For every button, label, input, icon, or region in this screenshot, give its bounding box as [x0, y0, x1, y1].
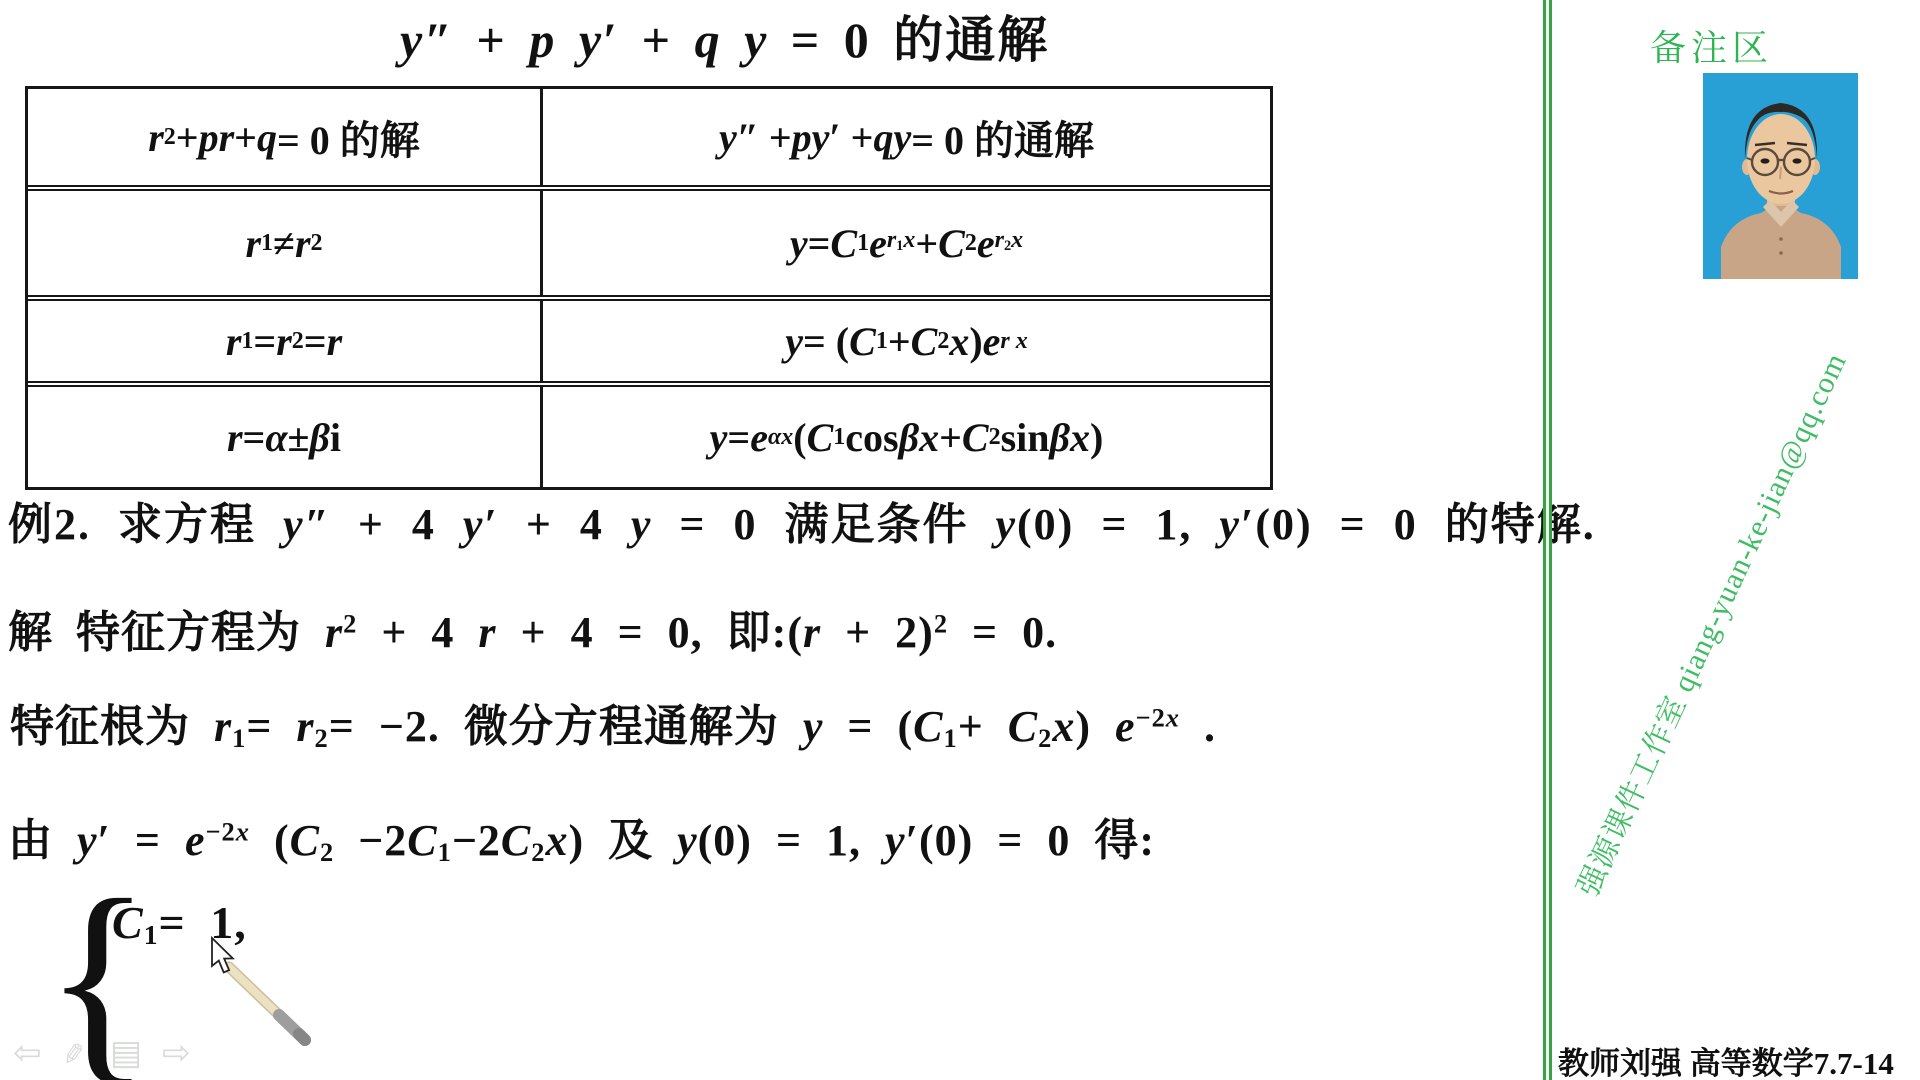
roots-step-line: 特征根为 r1= r2= −2. 微分方程通解为 y = (C1+ C2x) e… — [10, 690, 1216, 754]
table-row: r1 = r2 = r y = (C1+ C2x) er x — [28, 295, 1270, 381]
table-row: r1 ≠ r2 y = C1er1x + C2er2x — [28, 185, 1270, 295]
sidebar-divider-line — [1543, 0, 1552, 1080]
table-cell-condition-2: r1 = r2 = r — [28, 301, 540, 381]
table-cell-condition-1: r1 ≠ r2 — [28, 191, 540, 295]
table-cell-condition-3: r = α ± β i — [28, 387, 540, 487]
eye-right — [1793, 158, 1802, 163]
studio-watermark: 强源课件工作室 qiang-yuan-ke-jian@qq.com — [1563, 344, 1855, 902]
table-header-characteristic: r2 + p r + q = 0 的解 — [28, 89, 540, 185]
slide-canvas: y″ + p y′ + q y = 0 的通解 r2 + p r + q = 0… — [0, 0, 1920, 1080]
slideshow-menu-button[interactable]: ▤ — [110, 1036, 142, 1070]
derivative-step-line: 由 y′ = e−2x (C2 −2C1−2C2x) 及 y(0) = 1, y… — [8, 804, 1155, 868]
table-header-row: r2 + p r + q = 0 的解 y″ + p y′ + q y = 0 … — [28, 89, 1270, 185]
table-header-general-solution: y″ + p y′ + q y = 0 的通解 — [540, 89, 1270, 185]
course-footer-label: 教师刘强 高等数学7.7-14 — [1558, 1038, 1894, 1080]
slide-title: y″ + p y′ + q y = 0 的通解 — [400, 0, 1049, 72]
nose — [1780, 167, 1781, 179]
solution-step-line: 解 特征方程为 r2 + 4 r + 4 = 0, 即:(r + 2)2 = 0… — [8, 596, 1057, 660]
stick-body — [229, 967, 279, 1015]
stick-end-cap — [299, 1034, 305, 1040]
slideshow-back-button[interactable]: ⇦ — [13, 1036, 42, 1070]
pointer-stick-and-cursor — [198, 936, 326, 1068]
slideshow-forward-button[interactable]: ⇨ — [162, 1036, 191, 1070]
teacher-photo — [1703, 73, 1858, 279]
table-cell-solution-2: y = (C1+ C2x) er x — [540, 301, 1270, 381]
notes-area-label: 备注区 — [1650, 20, 1773, 71]
table-cell-solution-3: y = eαx (C1cosβx + C2sinβx) — [540, 387, 1270, 487]
table-cell-solution-1: y = C1er1x + C2er2x — [540, 191, 1270, 295]
solution-table: r2 + p r + q = 0 的解 y″ + p y′ + q y = 0 … — [25, 86, 1273, 490]
table-row: r = α ± β i y = eαx (C1cosβx + C2sinβx) — [28, 381, 1270, 487]
example-statement-line: 例2. 求方程 y″ + 4 y′ + 4 y = 0 满足条件 y(0) = … — [8, 488, 1596, 552]
eye-left — [1761, 158, 1770, 163]
